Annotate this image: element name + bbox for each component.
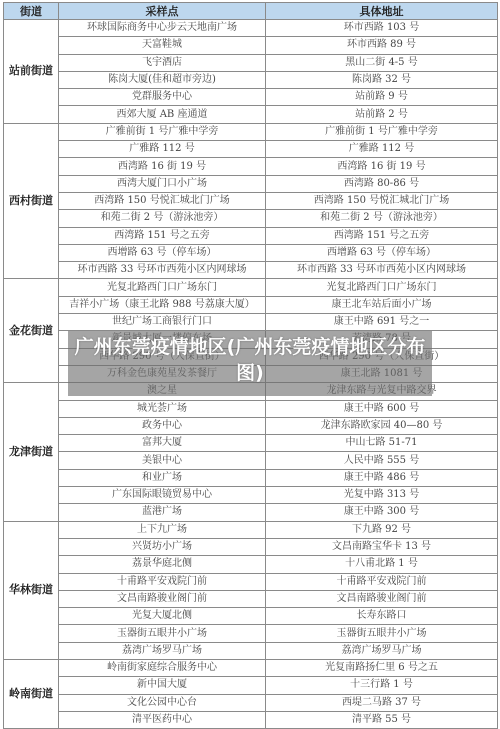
address-cell: 康王北车站后面小广场 (266, 296, 498, 313)
sampling-site-cell: 陈岗大厦(佳和超市旁边) (59, 71, 266, 88)
table-row: 环市西路 33 号环市西苑小区内网球场环市西路 33 号环市西苑小区内网球场 (4, 262, 498, 279)
street-name-cell: 西村街道 (4, 123, 59, 279)
address-cell: 十三行路 1 号 (266, 677, 498, 694)
address-cell: 西湾路 16 街 19 号 (266, 158, 498, 175)
street-name-cell: 华林街道 (4, 521, 59, 659)
sampling-site-cell: 环市西路 33 号环市西苑小区内网球场 (59, 262, 266, 279)
sampling-site-cell: 兴贤坊小广场 (59, 538, 266, 555)
table-row: 西增路 63 号（停车场）西增路 63 号（停车场） (4, 244, 498, 261)
sampling-site-cell: 城光荟广场 (59, 400, 266, 417)
address-cell: 十八甫北路 1 号 (266, 556, 498, 573)
address-cell: 文昌南路骏业阁门前 (266, 590, 498, 607)
address-cell: 人民中路 555 号 (266, 452, 498, 469)
sampling-site-cell: 富邦大厦 (59, 435, 266, 452)
address-cell: 广雅路 112 号 (266, 141, 498, 158)
address-cell: 康王中路 600 号 (266, 400, 498, 417)
table-row: 政务中心龙津东路欧家园 40—80 号 (4, 417, 498, 434)
table-row: 西湾路 151 号之五旁西湾路 151 号之五旁 (4, 227, 498, 244)
address-cell: 康王中路 691 号之一 (266, 314, 498, 331)
table-row: 美银中心人民中路 555 号 (4, 452, 498, 469)
sampling-site-cell: 广东国际眼镜贸易中心 (59, 487, 266, 504)
header-street: 街道 (4, 3, 59, 20)
table-row: 世纪广场工商银行门口康王中路 691 号之一 (4, 314, 498, 331)
table-row: 兴贤坊小广场文昌南路宝华卡 13 号 (4, 538, 498, 555)
table-row: 华林街道上下九广场下九路 92 号 (4, 521, 498, 538)
sampling-site-cell: 新中国大厦 (59, 677, 266, 694)
address-cell: 光复北路西门口广场东门 (266, 279, 498, 296)
sampling-site-cell: 广雅前街 1 号广雅中学旁 (59, 123, 266, 140)
sampling-site-cell: 环球国际商务中心步云天地南广场 (59, 20, 266, 37)
table-row: 岭南街道岭南街家庭综合服务中心光复南路扬仁里 6 号之五 (4, 659, 498, 676)
sampling-site-cell: 岭南街家庭综合服务中心 (59, 659, 266, 676)
sampling-site-cell: 天富鞋城 (59, 37, 266, 54)
address-cell: 下九路 92 号 (266, 521, 498, 538)
table-row: 富邦大厦中山七路 51-71 (4, 435, 498, 452)
table-row: 飞宇酒店黑山二街 4-5 号 (4, 54, 498, 71)
sampling-site-cell: 政务中心 (59, 417, 266, 434)
sampling-site-cell: 西湾大厦门口小广场 (59, 175, 266, 192)
sampling-site-cell: 西湾路 151 号之五旁 (59, 227, 266, 244)
table-row: 天富鞋城环市西路 89 号 (4, 37, 498, 54)
table-row: 广东国际眼镜贸易中心光复中路 313 号 (4, 487, 498, 504)
table-row: 吉祥小广场（康王北路 988 号荔康大厦）康王北车站后面小广场 (4, 296, 498, 313)
table-row: 光复大厦北侧长寿东路口 (4, 608, 498, 625)
address-cell: 西湾路 151 号之五旁 (266, 227, 498, 244)
table-row: 清平医药中心清平路 55 号 (4, 711, 498, 728)
overlay-title: 广州东莞疫情地区(广州东莞疫情地区分布图) (68, 334, 432, 386)
sampling-site-cell: 光复北路西门口广场东门 (59, 279, 266, 296)
table-row: 西郊大厦 AB 座通道站前路 2 号 (4, 106, 498, 123)
sampling-site-cell: 蓝港广场 (59, 504, 266, 521)
sampling-site-cell: 光复大厦北侧 (59, 608, 266, 625)
table-row: 文昌南路骏业阁门前文昌南路骏业阁门前 (4, 590, 498, 607)
sampling-site-cell: 上下九广场 (59, 521, 266, 538)
address-cell: 康王中路 486 号 (266, 469, 498, 486)
sampling-site-cell: 西湾路 16 街 19 号 (59, 158, 266, 175)
address-cell: 西湾路 150 号悦汇城北门广场 (266, 192, 498, 209)
address-cell: 中山七路 51-71 (266, 435, 498, 452)
sampling-site-cell: 和业广场 (59, 469, 266, 486)
sampling-site-cell: 文昌南路骏业阁门前 (59, 590, 266, 607)
table-row: 和业广场康王中路 486 号 (4, 469, 498, 486)
table-header-row: 街道 采样点 具体地址 (4, 3, 498, 20)
address-cell: 站前路 9 号 (266, 89, 498, 106)
table-row: 蓝港广场康王中路 300 号 (4, 504, 498, 521)
address-cell: 环市西路 33 号环市西苑小区内网球场 (266, 262, 498, 279)
table-row: 荔湾广场罗马广场荔湾广场罗马广场 (4, 642, 498, 659)
address-cell: 西堤二马路 37 号 (266, 694, 498, 711)
address-cell: 黑山二街 4-5 号 (266, 54, 498, 71)
address-cell: 龙津东路欧家园 40—80 号 (266, 417, 498, 434)
table-row: 十甫路平安戏院门前十甫路平安戏院门前 (4, 573, 498, 590)
sampling-site-cell: 世纪广场工商银行门口 (59, 314, 266, 331)
table-row: 城光荟广场康王中路 600 号 (4, 400, 498, 417)
sampling-site-cell: 文化公园中心台 (59, 694, 266, 711)
table-row: 新中国大厦十三行路 1 号 (4, 677, 498, 694)
sampling-site-cell: 吉祥小广场（康王北路 988 号荔康大厦） (59, 296, 266, 313)
table-row: 陈岗大厦(佳和超市旁边)陈岗路 32 号 (4, 71, 498, 88)
header-sampling-site: 采样点 (59, 3, 266, 20)
address-cell: 环市西路 89 号 (266, 37, 498, 54)
sampling-site-cell: 荔景华庭北侧 (59, 556, 266, 573)
table-row: 西湾大厦门口小广场西湾路 80-86 号 (4, 175, 498, 192)
table-row: 和苑二街 2 号（游泳池旁）和苑二街 2 号（游泳池旁） (4, 210, 498, 227)
sampling-site-cell: 玉器街五眼井小广场 (59, 625, 266, 642)
sampling-site-cell: 荔湾广场罗马广场 (59, 642, 266, 659)
table-row: 西湾路 16 街 19 号西湾路 16 街 19 号 (4, 158, 498, 175)
table-row: 西湾路 150 号悦汇城北门广场西湾路 150 号悦汇城北门广场 (4, 192, 498, 209)
street-name-cell: 岭南街道 (4, 659, 59, 728)
address-cell: 光复南路扬仁里 6 号之五 (266, 659, 498, 676)
table-row: 玉器街五眼井小广场玉器街五眼井小广场 (4, 625, 498, 642)
header-address: 具体地址 (266, 3, 498, 20)
address-cell: 荔湾广场罗马广场 (266, 642, 498, 659)
sampling-site-cell: 美银中心 (59, 452, 266, 469)
sampling-site-cell: 清平医药中心 (59, 711, 266, 728)
address-cell: 西湾路 80-86 号 (266, 175, 498, 192)
address-cell: 玉器街五眼井小广场 (266, 625, 498, 642)
sampling-site-cell: 飞宇酒店 (59, 54, 266, 71)
address-cell: 站前路 2 号 (266, 106, 498, 123)
street-name-cell: 金花街道 (4, 279, 59, 383)
address-cell: 西增路 63 号（停车场） (266, 244, 498, 261)
address-cell: 清平路 55 号 (266, 711, 498, 728)
table-row: 党群服务中心站前路 9 号 (4, 89, 498, 106)
sampling-site-cell: 广雅路 112 号 (59, 141, 266, 158)
address-cell: 十甫路平安戏院门前 (266, 573, 498, 590)
table-row: 荔景华庭北侧十八甫北路 1 号 (4, 556, 498, 573)
address-cell: 文昌南路宝华卡 13 号 (266, 538, 498, 555)
address-cell: 康王中路 300 号 (266, 504, 498, 521)
address-cell: 和苑二街 2 号（游泳池旁） (266, 210, 498, 227)
table-row: 西村街道广雅前街 1 号广雅中学旁广雅前街 1 号广雅中学旁 (4, 123, 498, 140)
sampling-site-cell: 党群服务中心 (59, 89, 266, 106)
table-row: 站前街道环球国际商务中心步云天地南广场环市西路 103 号 (4, 20, 498, 37)
sampling-site-cell: 西湾路 150 号悦汇城北门广场 (59, 192, 266, 209)
table-row: 文化公园中心台西堤二马路 37 号 (4, 694, 498, 711)
sampling-site-cell: 十甫路平安戏院门前 (59, 573, 266, 590)
address-cell: 光复中路 313 号 (266, 487, 498, 504)
sampling-site-cell: 西郊大厦 AB 座通道 (59, 106, 266, 123)
street-name-cell: 站前街道 (4, 20, 59, 124)
sampling-site-cell: 和苑二街 2 号（游泳池旁） (59, 210, 266, 227)
table-row: 金花街道光复北路西门口广场东门光复北路西门口广场东门 (4, 279, 498, 296)
table-row: 广雅路 112 号广雅路 112 号 (4, 141, 498, 158)
address-cell: 陈岗路 32 号 (266, 71, 498, 88)
address-cell: 环市西路 103 号 (266, 20, 498, 37)
address-cell: 长寿东路口 (266, 608, 498, 625)
address-cell: 广雅前街 1 号广雅中学旁 (266, 123, 498, 140)
street-name-cell: 龙津街道 (4, 383, 59, 521)
sampling-site-cell: 西增路 63 号（停车场） (59, 244, 266, 261)
